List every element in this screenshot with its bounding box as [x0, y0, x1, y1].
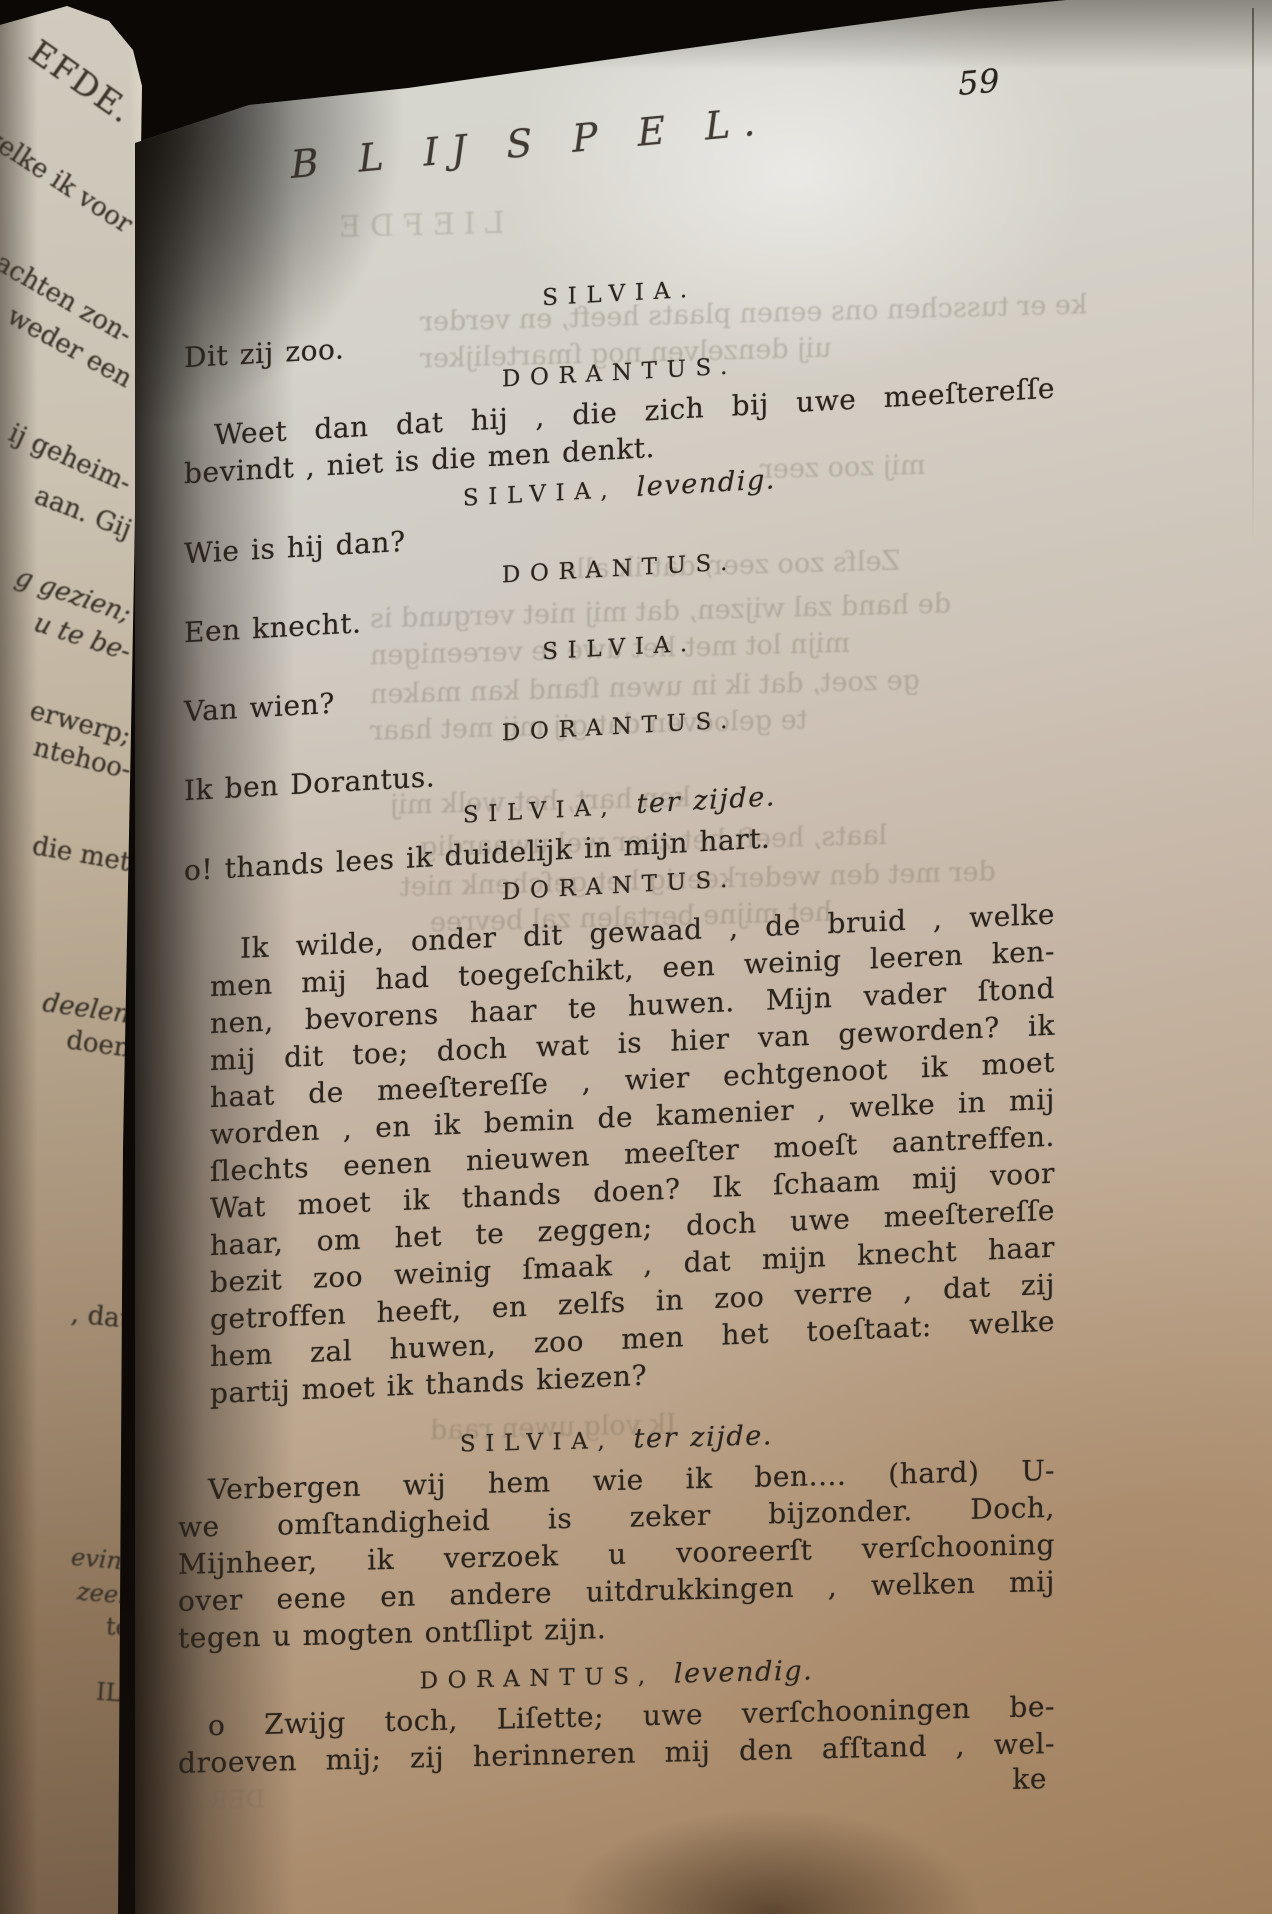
- book-photograph: EFDE. velke ik voor achten zon- weder ee…: [0, 0, 1272, 1914]
- left-page-text-fragment: te: [105, 1612, 131, 1642]
- left-page-text-fragment: die met: [30, 831, 133, 878]
- dialogue-lower: SILVIA, ter zijde. Verbergen wij hem wie…: [178, 1409, 1055, 1817]
- left-page-text-fragment: zeer: [76, 1577, 131, 1609]
- speaker-name: SILVIA,: [463, 794, 618, 829]
- left-page-text-fragment: deelen: [41, 988, 132, 1030]
- stage-direction: levendig.: [637, 464, 777, 503]
- stage-direction: ter zijde.: [634, 1420, 774, 1454]
- speaker-name: SILVIA,: [463, 477, 618, 512]
- left-page-text-fragment: doen: [64, 1025, 132, 1064]
- left-page-edge: EFDE. velke ik voor achten zon- weder ee…: [0, 0, 142, 1914]
- dialogue-upper: SILVIA. Dit zij zoo. DORANTUS. Weet dan …: [170, 249, 1055, 932]
- speaker-name: SILVIA,: [460, 1428, 615, 1458]
- left-page-text-fragment: ij geheim-: [5, 418, 136, 499]
- left-page-text-fragment: evin-: [70, 1543, 131, 1576]
- left-page-text-fragment: IL-: [96, 1678, 131, 1708]
- left-page-text-fragment: velke ik voor: [0, 123, 138, 240]
- page-number: 59: [957, 61, 1001, 103]
- left-page-text-fragment: EFDE.: [22, 32, 141, 132]
- printed-text-column: B L IJ S P E L. 59 SILVIA. Dit zij zoo. …: [170, 100, 1055, 1817]
- right-page: LIEFDE ke er tusschen ons eenen plaats h…: [135, 0, 1272, 1914]
- page-title: B L IJ S P E L.: [290, 99, 770, 187]
- page-edge-line: [1252, 8, 1254, 548]
- speaker-name: DORANTUS,: [420, 1663, 655, 1694]
- left-page-text-fragment: , dat: [70, 1299, 132, 1335]
- dorantus-monologue: Ik wilde, onder dit gewaad , de bruid , …: [210, 896, 1055, 1412]
- stage-direction: levendig.: [674, 1655, 814, 1689]
- stage-direction: ter zijde.: [637, 781, 777, 820]
